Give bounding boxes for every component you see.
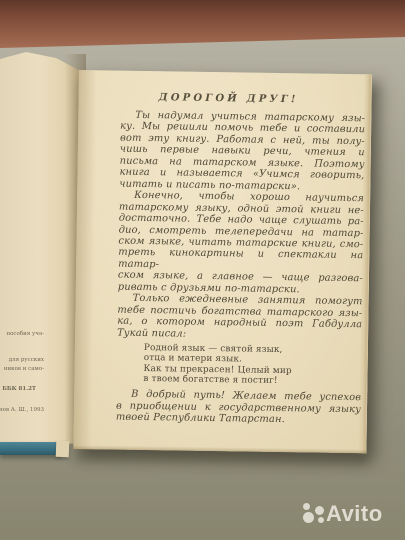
teal-cover-edge bbox=[0, 442, 62, 455]
book-listing-photo: пособия учә- для русских ников и само- Б… bbox=[0, 0, 405, 540]
right-page: ДОРОГОЙ ДРУГ! Ты надумал учиться татарск… bbox=[73, 70, 372, 453]
page-title: ДОРОГОЙ ДРУГ! bbox=[109, 91, 349, 106]
poem-line: в твоем богатстве я постиг! bbox=[143, 374, 361, 388]
left-page-text-fragment: ников и само- bbox=[0, 366, 44, 372]
left-page-bbk-code: ББК 81.2Т bbox=[0, 386, 36, 392]
avito-logo-circle-icon bbox=[303, 503, 310, 510]
avito-logo-circle-icon bbox=[315, 506, 324, 515]
paragraph-3: Только ежедневные занятия помогут тебе п… bbox=[117, 293, 363, 342]
avito-logo-circle-icon bbox=[318, 517, 324, 523]
text-column: Ты надумал учиться татарскому язы- ку. М… bbox=[116, 110, 366, 427]
tukay-poem-quote: Родной язык — святой язык, отца и матери… bbox=[143, 343, 362, 387]
page-corner-tab bbox=[56, 441, 70, 457]
avito-logo-circle-icon bbox=[303, 512, 314, 523]
left-page-text-fragment: для русских bbox=[0, 357, 44, 363]
left-page-text-fragment: пособия учә- bbox=[0, 331, 44, 337]
avito-watermark-text: Avito bbox=[326, 503, 383, 525]
paragraph-1: Ты надумал учиться татарскому язы- ку. М… bbox=[119, 110, 365, 194]
wood-shelf-edge bbox=[0, 0, 405, 50]
paragraph-2: Конечно, чтобы хорошо научиться татарско… bbox=[118, 190, 365, 297]
avito-watermark: Avito bbox=[293, 490, 405, 538]
paragraph-4: В добрый путь! Желаем тебе успехов в при… bbox=[116, 389, 361, 427]
left-page-copyright-fragment: нов А. Ш., 1993 bbox=[0, 407, 44, 413]
